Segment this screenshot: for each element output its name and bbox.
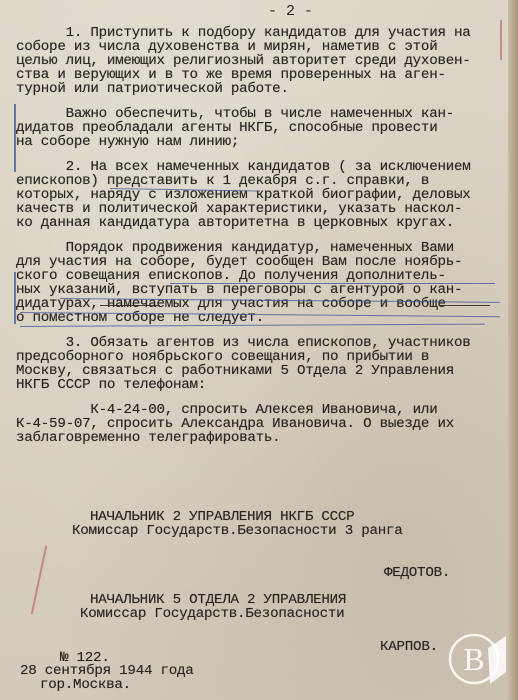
signature-rank: Комиссар Государств.Безопасности [80, 607, 344, 622]
signature-name: ФЕДОТОВ. [384, 566, 450, 581]
pen-underline [170, 283, 495, 284]
strikethrough [440, 305, 490, 306]
document-city: гор.Москва. [40, 678, 131, 693]
red-margin-mark [500, 20, 502, 60]
book-letter-v-logo-icon: В [448, 628, 510, 690]
page-number: - 2 - [268, 3, 313, 20]
document-page: - 2 - 1. Приступить к подбору кандидатов… [0, 0, 510, 700]
signature-rank: Комиссар Государств.Безопасности 3 ранга [72, 524, 403, 539]
text-line: НКГБ СССР по телефонам: [16, 378, 206, 393]
signature-name: КАРПОВ. [380, 640, 438, 655]
page-edge [508, 0, 518, 700]
pen-margin-mark [14, 272, 16, 324]
pen-margin-mark [14, 104, 16, 172]
red-margin-mark [31, 546, 48, 615]
strikethrough [100, 305, 160, 306]
text-line: на соборе нужную нам линию; [16, 135, 239, 150]
text-line: ко данная кандидатура авторитетна в церк… [16, 216, 454, 231]
text-line: заблаговременно телеграфировать. [16, 431, 280, 446]
text-line: турной или патриотической работе. [16, 82, 289, 97]
logo-letter: В [463, 641, 484, 677]
